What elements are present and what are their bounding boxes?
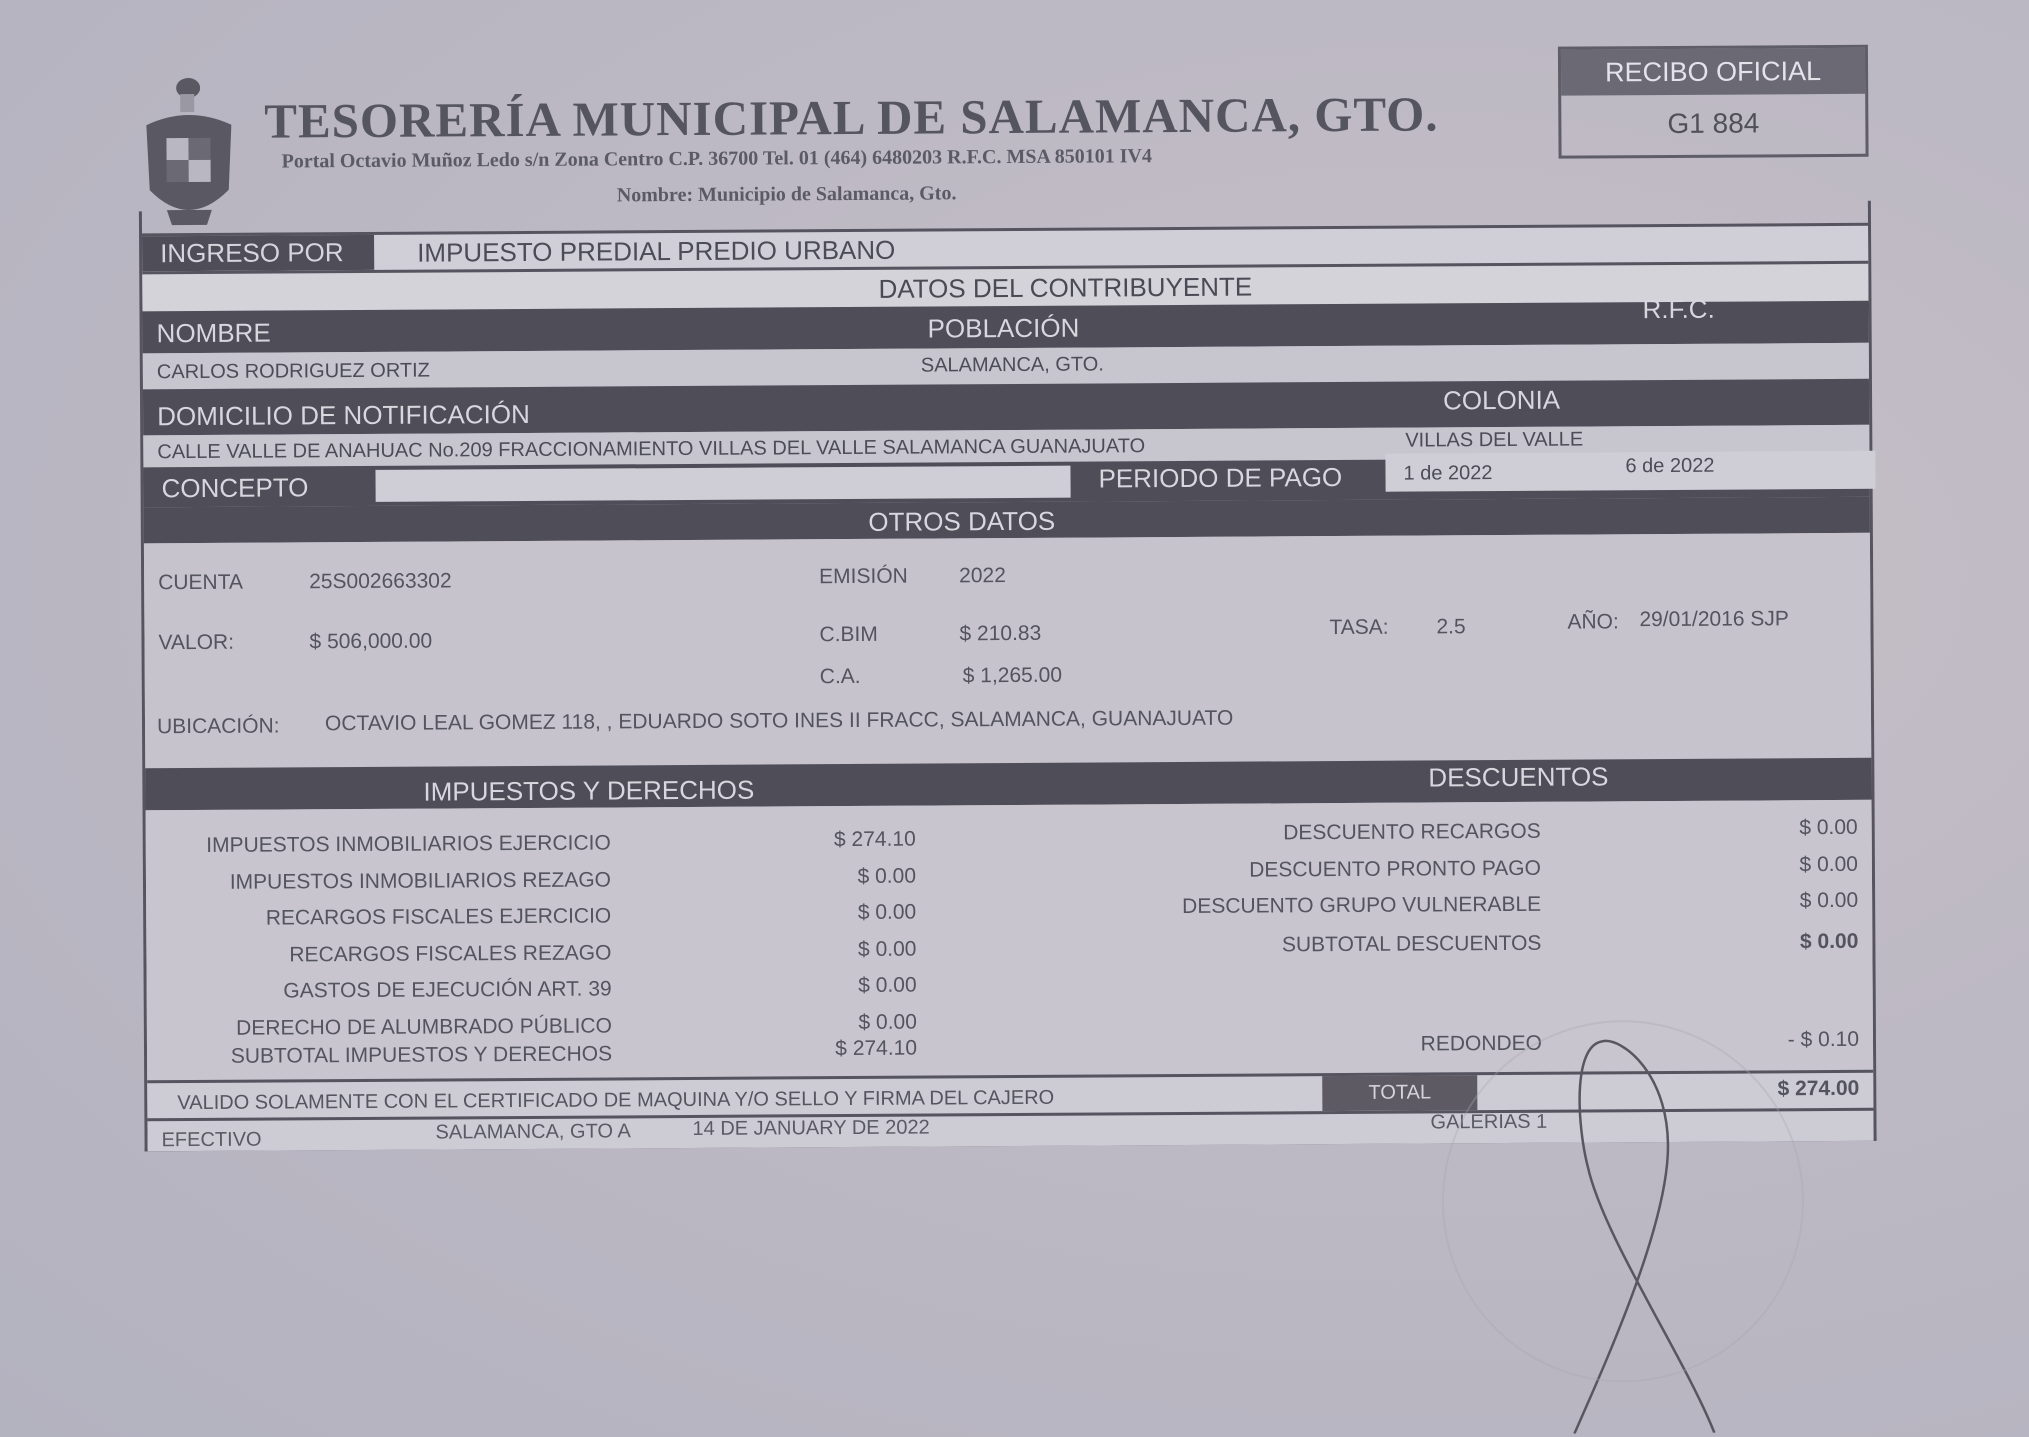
redondeo-value: - $ 0.10 <box>1627 1028 1859 1053</box>
descuento-item-label: DESCUENTO RECARGOS <box>146 820 1541 853</box>
descuentos-title: DESCUENTOS <box>1428 761 1608 793</box>
concepto-field <box>375 466 1070 502</box>
descuentos-subtotal-value: $ 0.00 <box>1626 929 1858 954</box>
redondeo-label: REDONDEO <box>1147 1032 1542 1058</box>
nombre-value: CARLOS RODRIGUEZ ORTIZ <box>157 360 430 385</box>
cuenta-value: 25S002663302 <box>309 569 452 594</box>
valor-label: VALOR: <box>158 631 234 655</box>
branch: GALERIAS 1 <box>1430 1111 1547 1135</box>
periodo-hasta: 6 de 2022 <box>1625 455 1714 479</box>
ubicacion-value: OCTAVIO LEAL GOMEZ 118, , EDUARDO SOTO I… <box>325 707 1233 737</box>
official-receipt-label: RECIBO OFICIAL <box>1561 48 1865 96</box>
domicilio-value: CALLE VALLE DE ANAHUAC No.209 FRACCIONAM… <box>157 435 1145 464</box>
impuestos-descuentos-body: IMPUESTOS INMOBILIARIOS EJERCICIO$ 274.1… <box>146 800 1874 1081</box>
total-value: $ 274.00 <box>1627 1077 1859 1102</box>
concepto-label: CONCEPTO <box>161 472 308 504</box>
colonia-label: COLONIA <box>1443 385 1560 417</box>
coat-of-arms-icon <box>136 70 242 231</box>
nombre-label: NOMBRE <box>157 318 271 350</box>
payment-date: 14 DE JANUARY DE 2022 <box>692 1117 929 1141</box>
emision-value: 2022 <box>959 564 1006 588</box>
cbim-label: C.BIM <box>819 623 877 647</box>
impuesto-item-label: GASTOS DE EJECUCIÓN ART. 39 <box>147 977 612 1004</box>
cuenta-label: CUENTA <box>158 571 243 596</box>
ca-label: C.A. <box>820 665 861 689</box>
validity-note: VALIDO SOLAMENTE CON EL CERTIFICADO DE M… <box>177 1087 1054 1115</box>
place-prefix: SALAMANCA, GTO A <box>435 1120 630 1144</box>
impuestos-subtotal-value: $ 274.10 <box>707 1037 917 1062</box>
ingreso-value: IMPUESTO PREDIAL PREDIO URBANO <box>417 235 895 269</box>
domicilio-label: DOMICILIO DE NOTIFICACIÓN <box>157 399 530 432</box>
receipt-number: G1 884 <box>1561 94 1865 154</box>
impuesto-item-amount: $ 0.00 <box>707 974 917 999</box>
descuento-item-amount: $ 0.00 <box>1626 889 1858 914</box>
tasa-label: TASA: <box>1329 616 1388 640</box>
otros-datos-body: CUENTA 25S002663302 EMISIÓN 2022 VALOR: … <box>144 533 1871 769</box>
payment-method: EFECTIVO <box>161 1129 261 1153</box>
periodo-field: 1 de 2022 6 de 2022 <box>1385 451 1875 492</box>
ubicacion-label: UBICACIÓN: <box>157 714 280 739</box>
receipt-page: TESORERÍA MUNICIPAL DE SALAMANCA, GTO. P… <box>0 0 2029 1437</box>
total-label-box: TOTAL <box>1322 1075 1477 1111</box>
periodo-label: PERIODO DE PAGO <box>1098 462 1342 494</box>
poblacion-label: POBLACIÓN <box>928 313 1080 345</box>
impuestos-subtotal-label: SUBTOTAL IMPUESTOS Y DERECHOS <box>147 1042 612 1069</box>
periodo-desde: 1 de 2022 <box>1403 462 1492 486</box>
impuestos-title: IMPUESTOS Y DERECHOS <box>423 775 754 808</box>
anio-value: 29/01/2016 SJP <box>1639 607 1789 632</box>
treasury-title: TESORERÍA MUNICIPAL DE SALAMANCA, GTO. <box>264 86 1394 150</box>
anio-label: AÑO: <box>1567 610 1618 634</box>
descuento-item-label: DESCUENTO GRUPO VULNERABLE <box>146 893 1541 926</box>
descuento-item-amount: $ 0.00 <box>1626 816 1858 841</box>
valor-value: $ 506,000.00 <box>309 630 432 655</box>
emision-label: EMISIÓN <box>819 565 908 590</box>
poblacion-value: SALAMANCA, GTO. <box>921 353 1104 377</box>
colonia-value: VILLAS DEL VALLE <box>1405 429 1583 453</box>
impuesto-item-amount: $ 0.00 <box>707 1010 917 1035</box>
ingreso-label: INGRESO POR <box>160 237 344 269</box>
ca-value: $ 1,265.00 <box>963 664 1062 689</box>
total-label: TOTAL <box>1322 1081 1477 1105</box>
official-receipt-box: RECIBO OFICIAL G1 884 <box>1558 45 1869 159</box>
descuentos-subtotal-label: SUBTOTAL DESCUENTOS <box>146 931 1541 964</box>
receipt-form: INGRESO POR IMPUESTO PREDIAL PREDIO URBA… <box>139 201 1877 1152</box>
descuento-item-amount: $ 0.00 <box>1626 852 1858 877</box>
tasa-value: 2.5 <box>1436 615 1465 639</box>
descuento-item-label: DESCUENTO PRONTO PAGO <box>146 856 1541 889</box>
treasury-name: Nombre: Municipio de Salamanca, Gto. <box>617 182 957 207</box>
rfc-label: R.F.C. <box>1642 294 1714 325</box>
cbim-value: $ 210.83 <box>959 622 1041 646</box>
impuesto-item-label: DERECHO DE ALUMBRADO PÚBLICO <box>147 1014 612 1041</box>
